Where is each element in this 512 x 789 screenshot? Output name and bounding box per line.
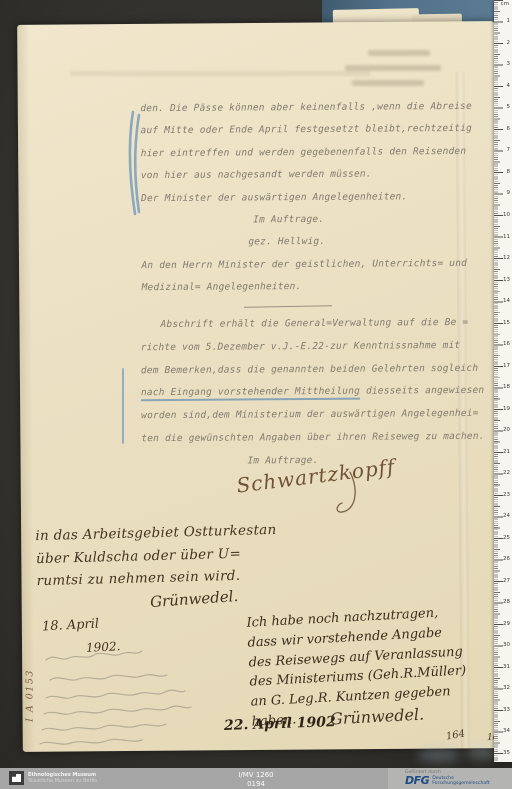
ruler-number: 15 — [503, 320, 510, 326]
ruler-number: 20 — [503, 427, 510, 433]
typed-line: Der Minister der auswärtigen Angelegenhe… — [141, 185, 473, 210]
bleedthrough-text — [70, 71, 370, 76]
date-1902: 1902. — [86, 639, 121, 655]
ruler-number: 7 — [507, 147, 511, 153]
ruler-number: 24 — [503, 513, 510, 519]
typed-line: von hier aus nachgesandt werden müssen. — [141, 163, 473, 188]
typed-line-im-auftrage: Im Auftrage. — [141, 208, 473, 233]
ruler-number: 35 — [503, 750, 510, 756]
bleedthrough-text — [368, 50, 430, 56]
typed-line: auf Mitte oder Ende April festgesetzt bl… — [140, 118, 472, 143]
ruler-number: 28 — [503, 599, 510, 605]
ruler-number: 33 — [503, 707, 510, 713]
shelfmark-line2: 0194 — [0, 780, 512, 789]
ruler-unit-label: cm — [501, 1, 509, 7]
ruler-number: 32 — [503, 685, 510, 691]
ruler-number: 8 — [507, 169, 511, 175]
typed-line-underlined: nach Eingang vorstehender Mittheilung di… — [141, 380, 484, 405]
ruler-number: 21 — [503, 449, 510, 455]
ruler-number: 2 — [507, 40, 511, 46]
ruler-number: 11 — [503, 234, 510, 240]
ruler-number: 13 — [503, 277, 510, 283]
ruler-number: 19 — [503, 406, 510, 412]
ruler-number: 1 — [507, 18, 511, 24]
ruler-number: 4 — [507, 83, 511, 89]
typed-line: Abschrift erhält die General=Verwaltung … — [140, 312, 483, 337]
ruler-number: 25 — [503, 535, 510, 541]
ruler: cm 1234567891011121314151617181920212223… — [494, 0, 512, 762]
typed-line-gez-hellwig: gez. Hellwig. — [141, 230, 473, 255]
ruler-number: 9 — [507, 190, 511, 196]
ruler-number: 16 — [503, 341, 510, 347]
ruler-number: 27 — [503, 578, 510, 584]
typed-line-rest: diesseits angewiesen — [360, 385, 484, 397]
typed-paragraph-abschrift: Abschrift erhält die General=Verwaltung … — [140, 312, 484, 474]
ruler-number: 31 — [503, 664, 510, 670]
ruler-number: 5 — [507, 104, 511, 110]
ruler-number: 10 — [503, 212, 510, 218]
ruler-number: 18 — [503, 384, 510, 390]
typed-line: richte vom 5.Dezember v.J.-E.22-zur Kenn… — [141, 335, 484, 360]
ruler-cm-ticks — [494, 0, 503, 762]
scan-viewer: den. Die Pässe können aber keinenfalls ,… — [0, 0, 512, 789]
ruler-number: 3 — [507, 61, 511, 67]
handwritten-note-left: in das Arbeitsgebiet Ostturkestan über K… — [35, 519, 278, 593]
ruler-number: 14 — [503, 298, 510, 304]
shelfmark-line1: I/MV 1260 — [0, 771, 512, 780]
blue-underlined-phrase: nach Eingang vorstehender Mittheilung — [141, 386, 360, 402]
ruler-number: 6 — [507, 126, 511, 132]
typed-line: dem Bemerken,dass die genannten beiden G… — [141, 357, 484, 382]
table-reflection — [418, 748, 460, 762]
typed-line: ten die gewünschten Angaben über ihren R… — [141, 426, 484, 451]
shelfmark: I/MV 1260 0194 — [0, 771, 512, 788]
ruler-number: 12 — [503, 255, 510, 261]
typed-paragraph-passes: den. Die Pässe können aber keinenfalls ,… — [140, 96, 473, 300]
typed-line: worden sind,dem Ministerium der auswärti… — [141, 403, 484, 428]
archival-number-vertical: I A 0153 — [25, 650, 36, 742]
ruler-number: 23 — [503, 492, 510, 498]
ruler-number: 30 — [503, 642, 510, 648]
ruler-number: 29 — [503, 621, 510, 627]
typed-line: hier eintreffen und werden gegebenenfall… — [141, 141, 473, 166]
typed-line: An den Herrn Minister der geistlichen, U… — [141, 253, 473, 278]
typed-line: Medizinal= Angelegenheiten. — [142, 275, 474, 300]
viewer-footer: Gefördert durch DFG Deutsche Forschungsg… — [0, 768, 512, 789]
ruler-number: 34 — [503, 728, 510, 734]
ruler-number: 26 — [503, 556, 510, 562]
bleedthrough-text — [352, 80, 424, 86]
typed-line: den. Die Pässe können aber keinenfalls ,… — [140, 96, 472, 121]
ruler-number: 22 — [503, 470, 510, 476]
ruler-number: 17 — [503, 363, 510, 369]
date-18-april: 18. April — [42, 617, 100, 635]
